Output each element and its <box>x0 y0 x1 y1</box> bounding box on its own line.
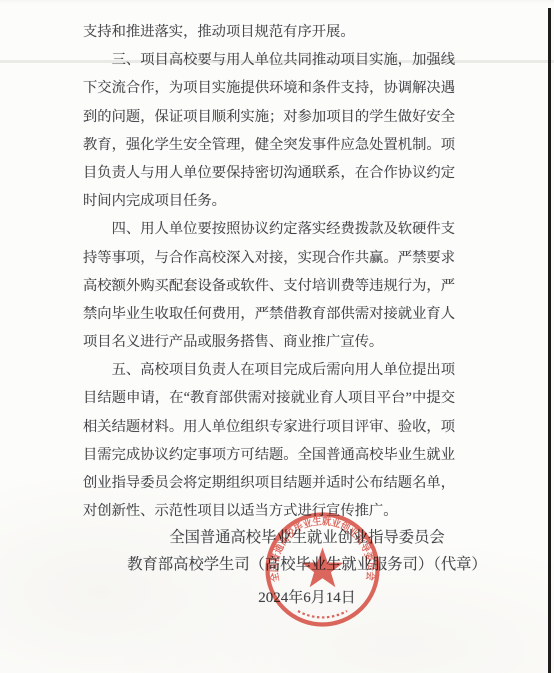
seal-code-mark <box>298 611 347 617</box>
body-line: 项目名义进行产品或服务搭售、商业推广宣传。 <box>83 328 455 356</box>
body-line: 目负责人与用人单位要保持密切沟通联系，在合作协议约定 <box>83 159 455 187</box>
body-line: 五、高校项目负责人在项目完成后需向用人单位提出项 <box>83 356 455 384</box>
document-page: 支持和推进落实，推动项目规范有序开展。三、项目高校要与用人单位共同推动项目实施，… <box>0 0 554 673</box>
body-line: 禁向毕业生收取任何费用，严禁借教育部供需对接就业育人 <box>83 300 455 328</box>
body-line: 目需完成协议约定事项方可结题。全国普通高校毕业生就业 <box>83 441 455 469</box>
body-line: 教育，强化学生安全管理，健全突发事件应急处置机制。项 <box>83 131 455 159</box>
document-body: 支持和推进落实，推动项目规范有序开展。三、项目高校要与用人单位共同推动项目实施，… <box>83 18 455 525</box>
body-line: 支持和推进落实，推动项目规范有序开展。 <box>83 18 455 46</box>
body-line: 持等事项，与合作高校深入对接，实现合作共赢。严禁要求 <box>83 244 455 272</box>
scan-edge-artifact <box>548 8 551 673</box>
body-line: 创业指导委员会将定期组织项目结题并适时公布结题名单， <box>83 469 455 497</box>
official-seal: 全国普通高校毕业生就业创业指导委员会 <box>250 497 395 642</box>
body-line: 时间内完成项目任务。 <box>83 187 455 215</box>
body-line: 下交流合作，为项目实施提供环境和条件支持，协调解决遇 <box>83 74 455 102</box>
body-line: 四、用人单位要按照协议约定落实经费拨款及软硬件支 <box>83 215 455 243</box>
body-line: 目结题申请，在“教育部供需对接就业育人项目平台”中提交 <box>83 384 455 412</box>
body-line: 高校额外购买配套设备或软件、支付培训费等违规行为，严 <box>83 272 455 300</box>
body-line: 三、项目高校要与用人单位共同推动项目实施，加强线 <box>83 46 455 74</box>
body-line: 相关结题材料。用人单位组织专家进行项目评审、验收，项 <box>83 413 455 441</box>
seal-star-icon <box>302 548 344 588</box>
body-line: 到的问题，保证项目顺利实施；对参加项目的学生做好安全 <box>83 103 455 131</box>
